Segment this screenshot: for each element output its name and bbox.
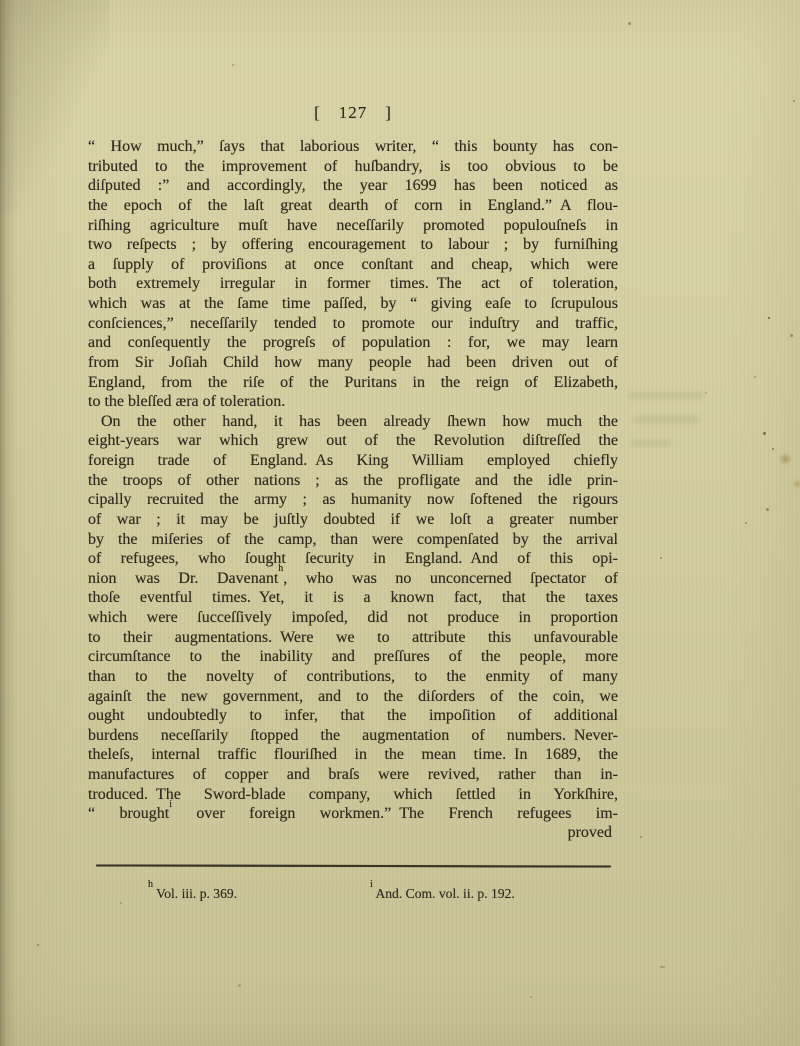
show-through-mark [630,440,672,446]
footnotes: h Vol. iii. p. 369. i And. Com. vol. ii.… [88,886,618,908]
binding-edge-shadow [0,0,18,1046]
footnote-marker: h [148,879,153,890]
text-line: of war ; it may be juſtly doubted if we … [88,510,618,530]
text-line: the troops of other nations ; as the pro… [88,471,618,491]
text-line: of refugees, who ſought ſecurity in Engl… [88,549,618,569]
text-line: to the bleſſed æra of toleration. [88,392,618,412]
footnote-i: i And. Com. vol. ii. p. 192. [370,886,515,902]
text-line: theleſs, internal traffic flouriſhed in … [88,745,618,765]
text-line: conſciences,” neceſſarily tended to prom… [88,314,618,334]
foxing-spot [781,455,790,463]
text-line: againſt the new government, and to the d… [88,687,618,707]
text-line: from Sir Joſiah Child how many people ha… [88,353,618,373]
footnote-text: And. Com. vol. ii. p. 192. [375,886,514,901]
footnote-text: Vol. iii. p. 369. [156,886,237,901]
footnote-marker: h [278,563,283,574]
paper-speck [745,522,747,524]
text-line: foreign trade of England. As King Willia… [88,451,618,471]
text-line: riſhing agriculture muſt have neceſſaril… [88,216,618,236]
text-line: England, from the riſe of the Puritans i… [88,373,618,393]
text-line: than to the novelty of contributions, to… [88,667,618,687]
text-block: “ How much,” ſays that laborious writer,… [88,137,618,824]
text-line: to their augmentations. Were we to attri… [88,628,618,648]
text-line: the epoch of the laſt great dearth of co… [88,196,618,216]
paper-speck [37,944,39,946]
text-line: which were ſucceſſively impoſed, did not… [88,608,618,628]
show-through-mark [634,416,700,423]
text-line: troduced. The Sword-blade company, which… [88,785,618,805]
text-line: burdens neceſſarily ſtopped the augmenta… [88,726,618,746]
text-line: thoſe eventful times. Yet, it is a known… [88,588,618,608]
text-line: a ſupply of proviſions at once conſtant … [88,255,618,275]
paper-speck [768,317,770,319]
text-line: ought undoubtedly to infer, that the imp… [88,706,618,726]
foxing-spot [794,481,800,487]
paper-speck [766,508,769,511]
text-line: eight-years war which grew out of the Re… [88,431,618,451]
text-line: nion was Dr. Davenanth, who was no uncon… [88,569,618,589]
text-line: “ How much,” ſays that laborious writer,… [88,137,618,157]
paper-speck [232,64,234,66]
text-line: and conſequently the progreſs of populat… [88,333,618,353]
footnote-rule [96,864,611,867]
text-line: by the miſeries of the camp, than were c… [88,530,618,550]
paper-speck [793,100,795,102]
footnote-marker: i [169,799,172,810]
text-line: diſputed :” and accordingly, the year 16… [88,176,618,196]
show-through-mark [628,392,704,399]
text-line: both extremely irregular in former times… [88,274,618,294]
page-number: [ 127 ] [88,103,618,123]
paper-speck [640,836,642,838]
paper-speck [238,984,241,987]
catchword: proved [88,823,612,843]
paper-speck [754,376,756,378]
text-line: which was at the ſame time paſſed, by “ … [88,294,618,314]
paper-speck [530,996,532,998]
text-line: On the other hand, it has been already ſ… [88,412,618,432]
text-line: manufactures of copper and braſs were re… [88,765,618,785]
paper-speck [772,448,774,450]
paper-speck [628,22,631,25]
paper-speck [705,392,707,394]
footnote-marker: i [370,879,373,890]
paper-speck [660,557,662,559]
text-line: circumſtance to the inability and preſſu… [88,647,618,667]
text-line: “ broughti over foreign workmen.” The Fr… [88,804,618,824]
footnote-h: h Vol. iii. p. 369. [148,886,237,902]
text-line: tributed to the improvement of huſbandry… [88,157,618,177]
text-line: two reſpects ; by offering encouragement… [88,235,618,255]
paper-fiber [660,966,665,968]
text-line: cipally recruited the army ; as humanity… [88,490,618,510]
paper-speck [763,432,766,435]
paper-speck [790,334,793,337]
book-page-scan: [ 127 ] “ How much,” ſays that laborious… [0,0,800,1046]
